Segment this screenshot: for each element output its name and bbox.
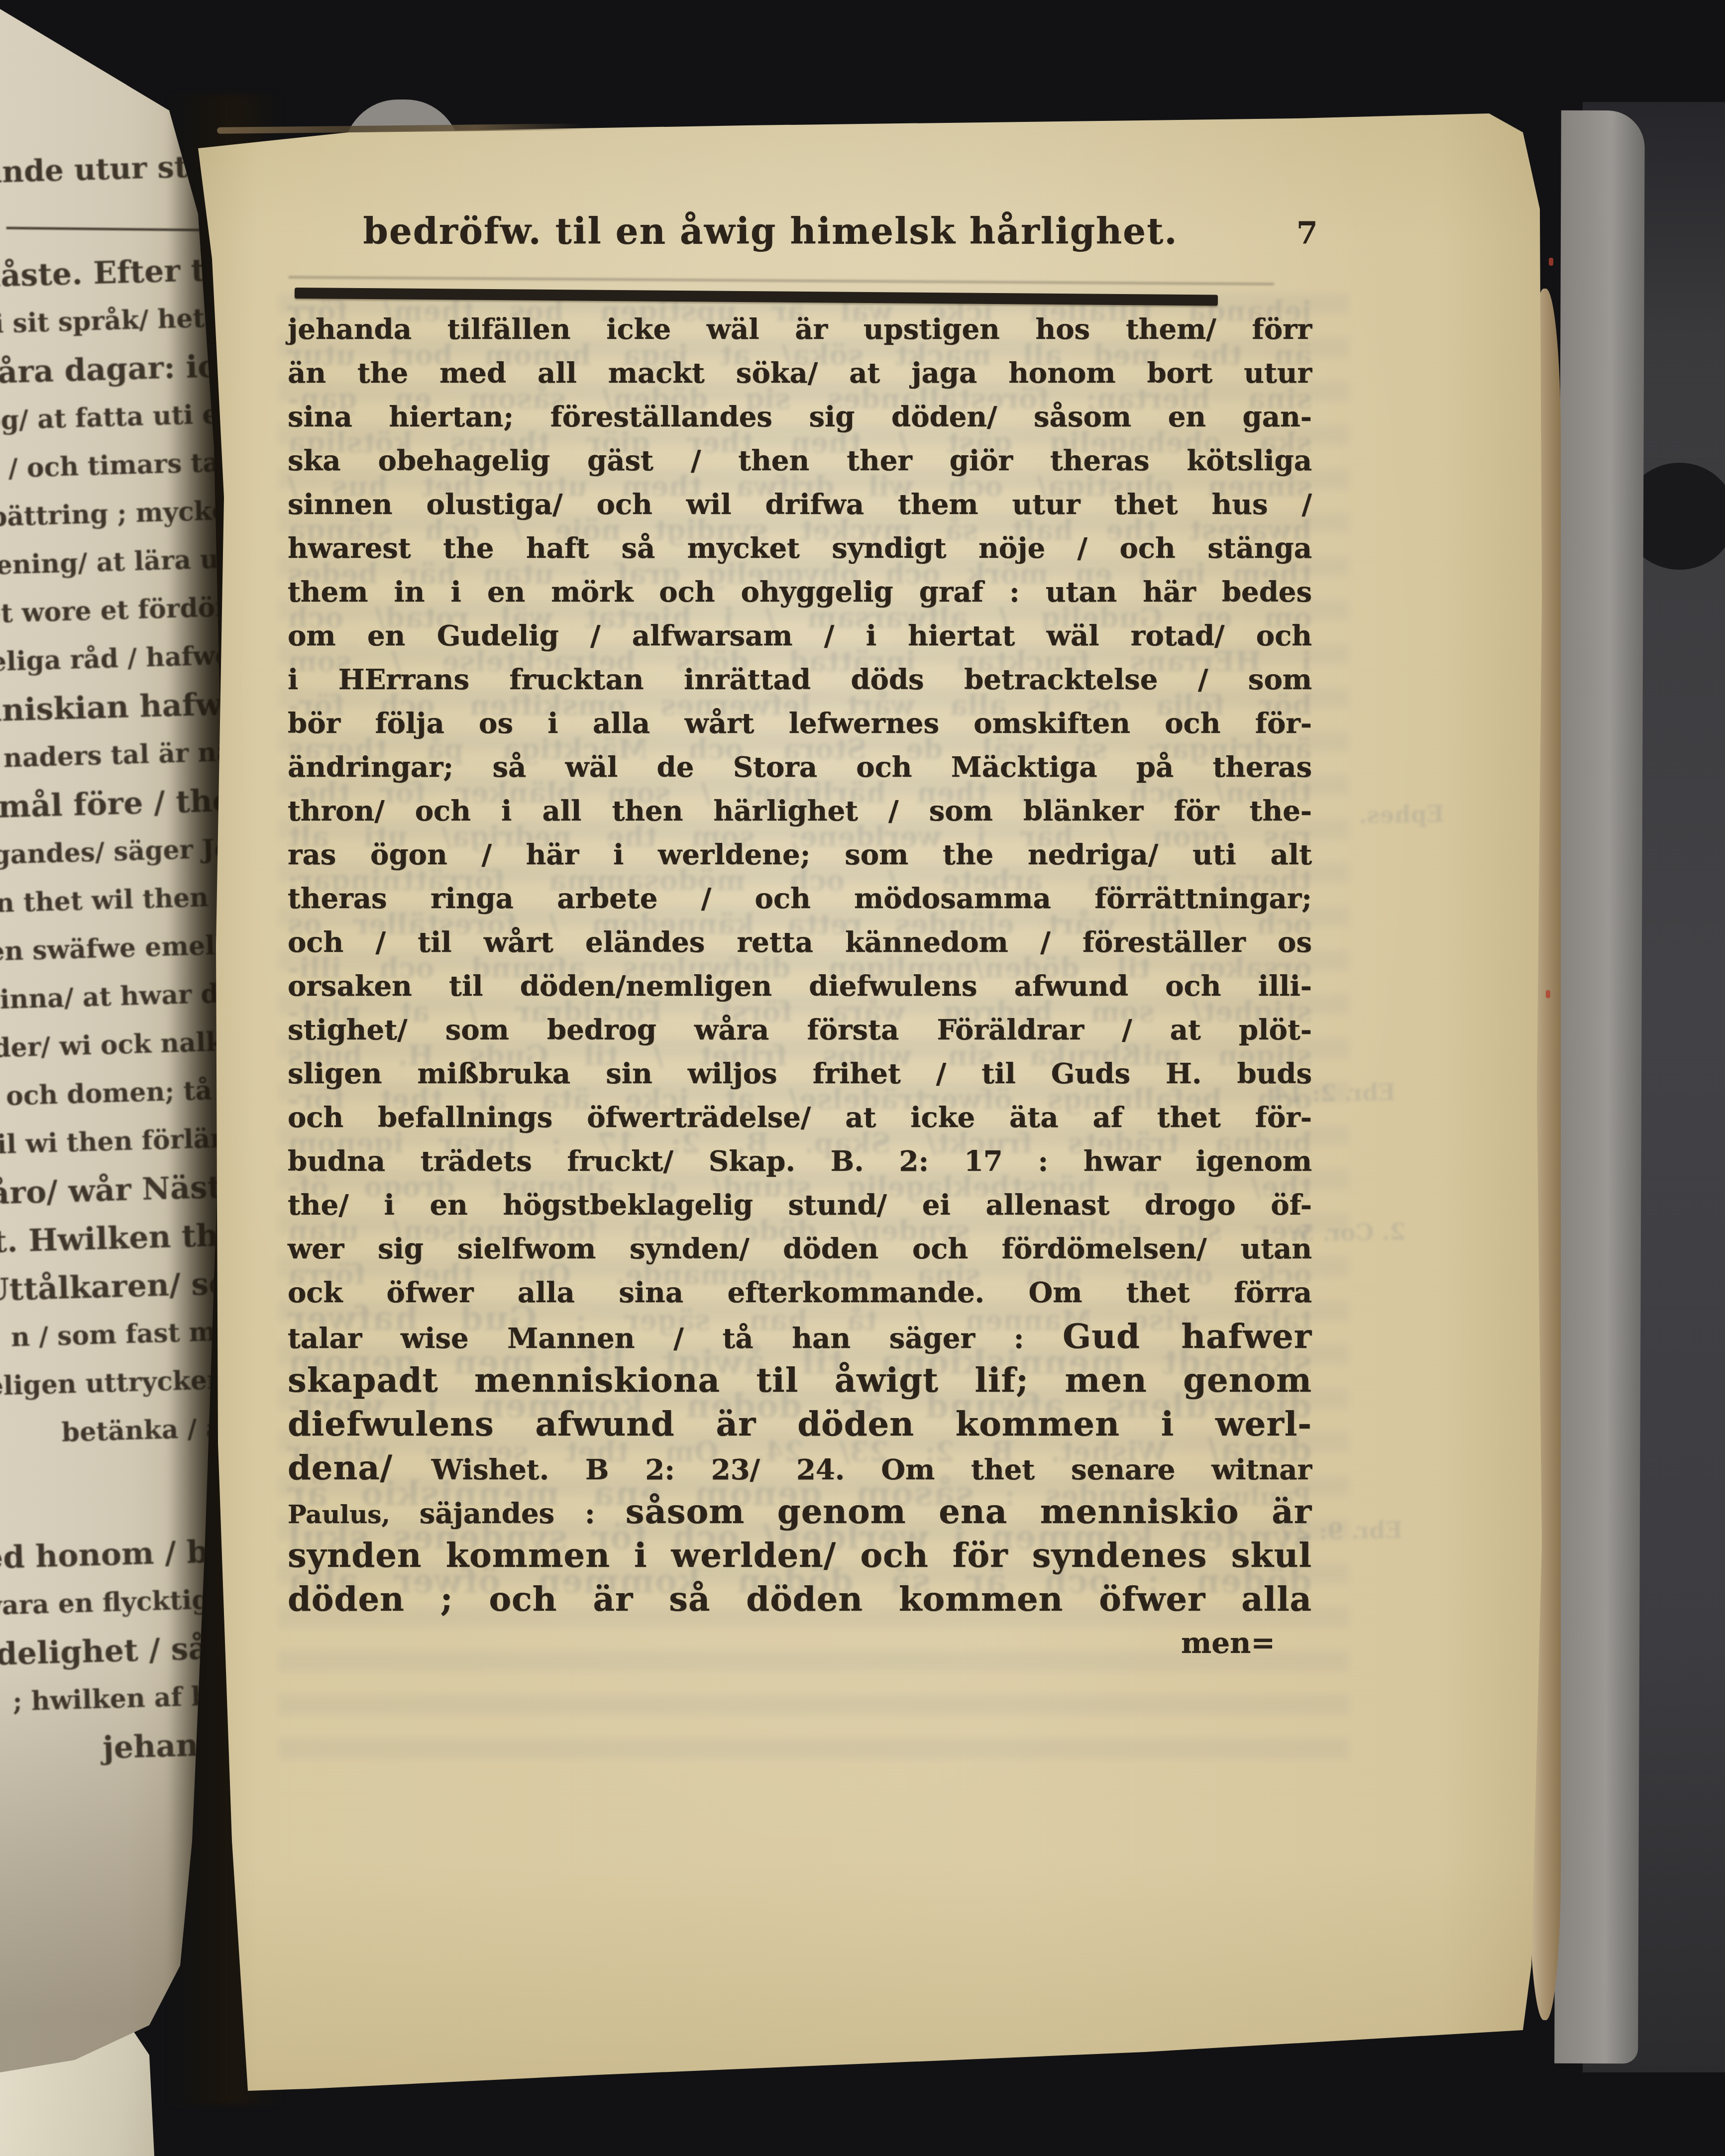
text-segment: Wishet. B 2: 23/ 24. Om thet senare witn… [431, 1453, 1312, 1486]
text-segment: i HErrans frucktan inrättad döds betrack… [288, 663, 1312, 696]
text-segment: skapadt menniskiona til åwigt lif; men g… [288, 1360, 1312, 1400]
body-text-line: jehanda tilfällen icke wäl är upstigen h… [288, 308, 1312, 351]
text-segment: hwarest the haft så mycket syndigt nöje … [288, 532, 1312, 565]
text-segment: och befallnings öfwerträdelse/ at icke ä… [288, 1101, 1312, 1134]
body-text-line: stighet/ som bedrog wåra första Föräldra… [288, 1008, 1312, 1052]
body-text-line: i HErrans frucktan inrättad döds betrack… [288, 658, 1312, 702]
running-header: bedröfw. til en åwig himelsk hårlighet. … [288, 210, 1323, 252]
body-text-line: skapadt menniskiona til åwigt lif; men g… [288, 1358, 1312, 1402]
text-segment: såsom genom ena menniskio är [626, 1492, 1312, 1531]
text-segment: ras ögon / här i werldene; som the nedri… [288, 838, 1312, 871]
text-segment: them in i en mörk och ohyggelig graf : u… [288, 576, 1312, 609]
text-segment: Paulus, [288, 1500, 420, 1529]
catchword-row: men= [288, 1621, 1312, 1665]
text-segment: thron/ och i all then härlighet / som bl… [288, 795, 1312, 827]
body-text-line: diefwulens afwund är döden kommen i werl… [288, 1402, 1312, 1446]
body-text: jehanda tilfällen icke wäl är upstigen h… [288, 308, 1312, 1621]
text-segment: än the med all mackt söka/ at jaga honom… [288, 357, 1312, 390]
text-segment: ändringar; så wäl de Stora och Mäcktiga … [288, 751, 1312, 784]
body-text-line: och / til wårt eländes retta kännedom / … [288, 921, 1312, 964]
body-text-line: dena/ Wishet. B 2: 23/ 24. Om thet senar… [288, 1446, 1312, 1490]
margin-bleedthrough-note: Ebr. 2: 14 [1272, 1079, 1396, 1108]
text-segment: bör följa os i alla wårt lefwernes omski… [288, 707, 1312, 740]
body-text-line: hwarest the haft så mycket syndigt nöje … [288, 526, 1312, 570]
text-segment: ock öfwer alla sina efterkommande. Om th… [288, 1276, 1312, 1309]
body-text-line: the/ i en högstbeklagelig stund/ ei alle… [288, 1183, 1312, 1227]
fore-edge-speck [1549, 258, 1553, 266]
text-segment: om en Gudelig / alfwarsam / i hiertat wä… [288, 619, 1312, 652]
margin-bleedthrough-note: Ebr. 9: 27 [1279, 1517, 1403, 1545]
text-segment: ska obehagelig gäst / then ther giör the… [288, 444, 1312, 477]
text-segment: wer sig sielfwom synden/ döden och fördö… [288, 1232, 1312, 1265]
body-text-line: ras ögon / här i werldene; som the nedri… [288, 833, 1312, 877]
text-segment: sligen mißbruka sin wiljos frihet / til … [288, 1057, 1312, 1090]
body-text-line: om en Gudelig / alfwarsam / i hiertat wä… [288, 614, 1312, 658]
body-text-line: sligen mißbruka sin wiljos frihet / til … [288, 1052, 1312, 1096]
text-segment: dena/ [288, 1448, 431, 1487]
book-photograph: nande utur stor dö måste. Efter thetukar… [0, 0, 1725, 2156]
body-text-line: sina hiertan; föreställandes sig döden/ … [288, 395, 1312, 439]
body-text-line: ändringar; så wäl de Stora och Mäcktiga … [288, 745, 1312, 789]
text-segment: säjandes : [420, 1497, 626, 1530]
ghost-rule [289, 276, 1274, 285]
text-segment: jehanda tilfällen icke wäl är upstigen h… [288, 313, 1312, 346]
text-segment: döden ; och är så döden kommen öfwer all… [288, 1579, 1312, 1619]
margin-bleedthrough-note: 2. Cor. 5: [1290, 1218, 1406, 1247]
body-text-line: ska obehagelig gäst / then ther giör the… [288, 439, 1312, 483]
text-segment: the/ i en högstbeklagelig stund/ ei alle… [288, 1189, 1312, 1222]
text-segment: talar wise Mannen / tå han säger : [288, 1322, 1063, 1355]
margin-bleedthrough-note: Ephes. [1359, 801, 1445, 829]
text-segment: synden kommen i werlden/ och för syndene… [288, 1536, 1312, 1575]
body-text-line: thron/ och i all then härlighet / som bl… [288, 789, 1312, 833]
body-text-line: döden ; och är så döden kommen öfwer all… [288, 1577, 1312, 1621]
text-segment: stighet/ som bedrog wåra första Föräldra… [288, 1014, 1312, 1046]
body-text-line: synden kommen i werlden/ och för syndene… [288, 1534, 1312, 1577]
text-segment: budna trädets fruckt/ Skap. B. 2: 17 : h… [288, 1145, 1312, 1178]
fore-edge-speck [1546, 990, 1550, 998]
body-text-line: budna trädets fruckt/ Skap. B. 2: 17 : h… [288, 1139, 1312, 1183]
text-segment: och / til wårt eländes retta kännedom / … [288, 926, 1312, 959]
text-segment: theras ringa arbete / och mödosamma förr… [288, 882, 1312, 915]
body-text-line: talar wise Mannen / tå han säger : Gud h… [288, 1315, 1312, 1358]
body-text-line: och befallnings öfwerträdelse/ at icke ä… [288, 1096, 1312, 1139]
text-segment: diefwulens afwund är döden kommen i werl… [288, 1404, 1312, 1443]
body-text-line: theras ringa arbete / och mödosamma förr… [288, 877, 1312, 921]
body-text-line: wer sig sielfwom synden/ döden och fördö… [288, 1227, 1312, 1271]
body-text-line: än the med all mackt söka/ at jaga honom… [288, 351, 1312, 395]
catchword: men= [1181, 1621, 1312, 1665]
body-text-line: orsaken til döden/nemligen diefwulens af… [288, 964, 1312, 1008]
text-segment: orsaken til döden/nemligen diefwulens af… [288, 970, 1312, 1003]
body-text-line: Paulus, säjandes : såsom genom ena menni… [288, 1490, 1312, 1534]
body-text-line: sinnen olustiga/ och wil drifwa them utu… [288, 483, 1312, 526]
text-segment: sinnen olustiga/ och wil drifwa them utu… [288, 488, 1312, 521]
text-segment: sina hiertan; föreställandes sig döden/ … [288, 401, 1312, 433]
gray-backing-sheet [1554, 110, 1645, 2064]
page-number: 7 [1253, 215, 1323, 251]
text-segment: Gud hafwer [1063, 1317, 1312, 1356]
body-text-line: bör följa os i alla wårt lefwernes omski… [288, 702, 1312, 745]
running-header-title: bedröfw. til en åwig himelsk hårlighet. [288, 210, 1253, 252]
body-text-line: them in i en mörk och ohyggelig graf : u… [288, 570, 1312, 614]
body-text-line: ock öfwer alla sina efterkommande. Om th… [288, 1271, 1312, 1315]
